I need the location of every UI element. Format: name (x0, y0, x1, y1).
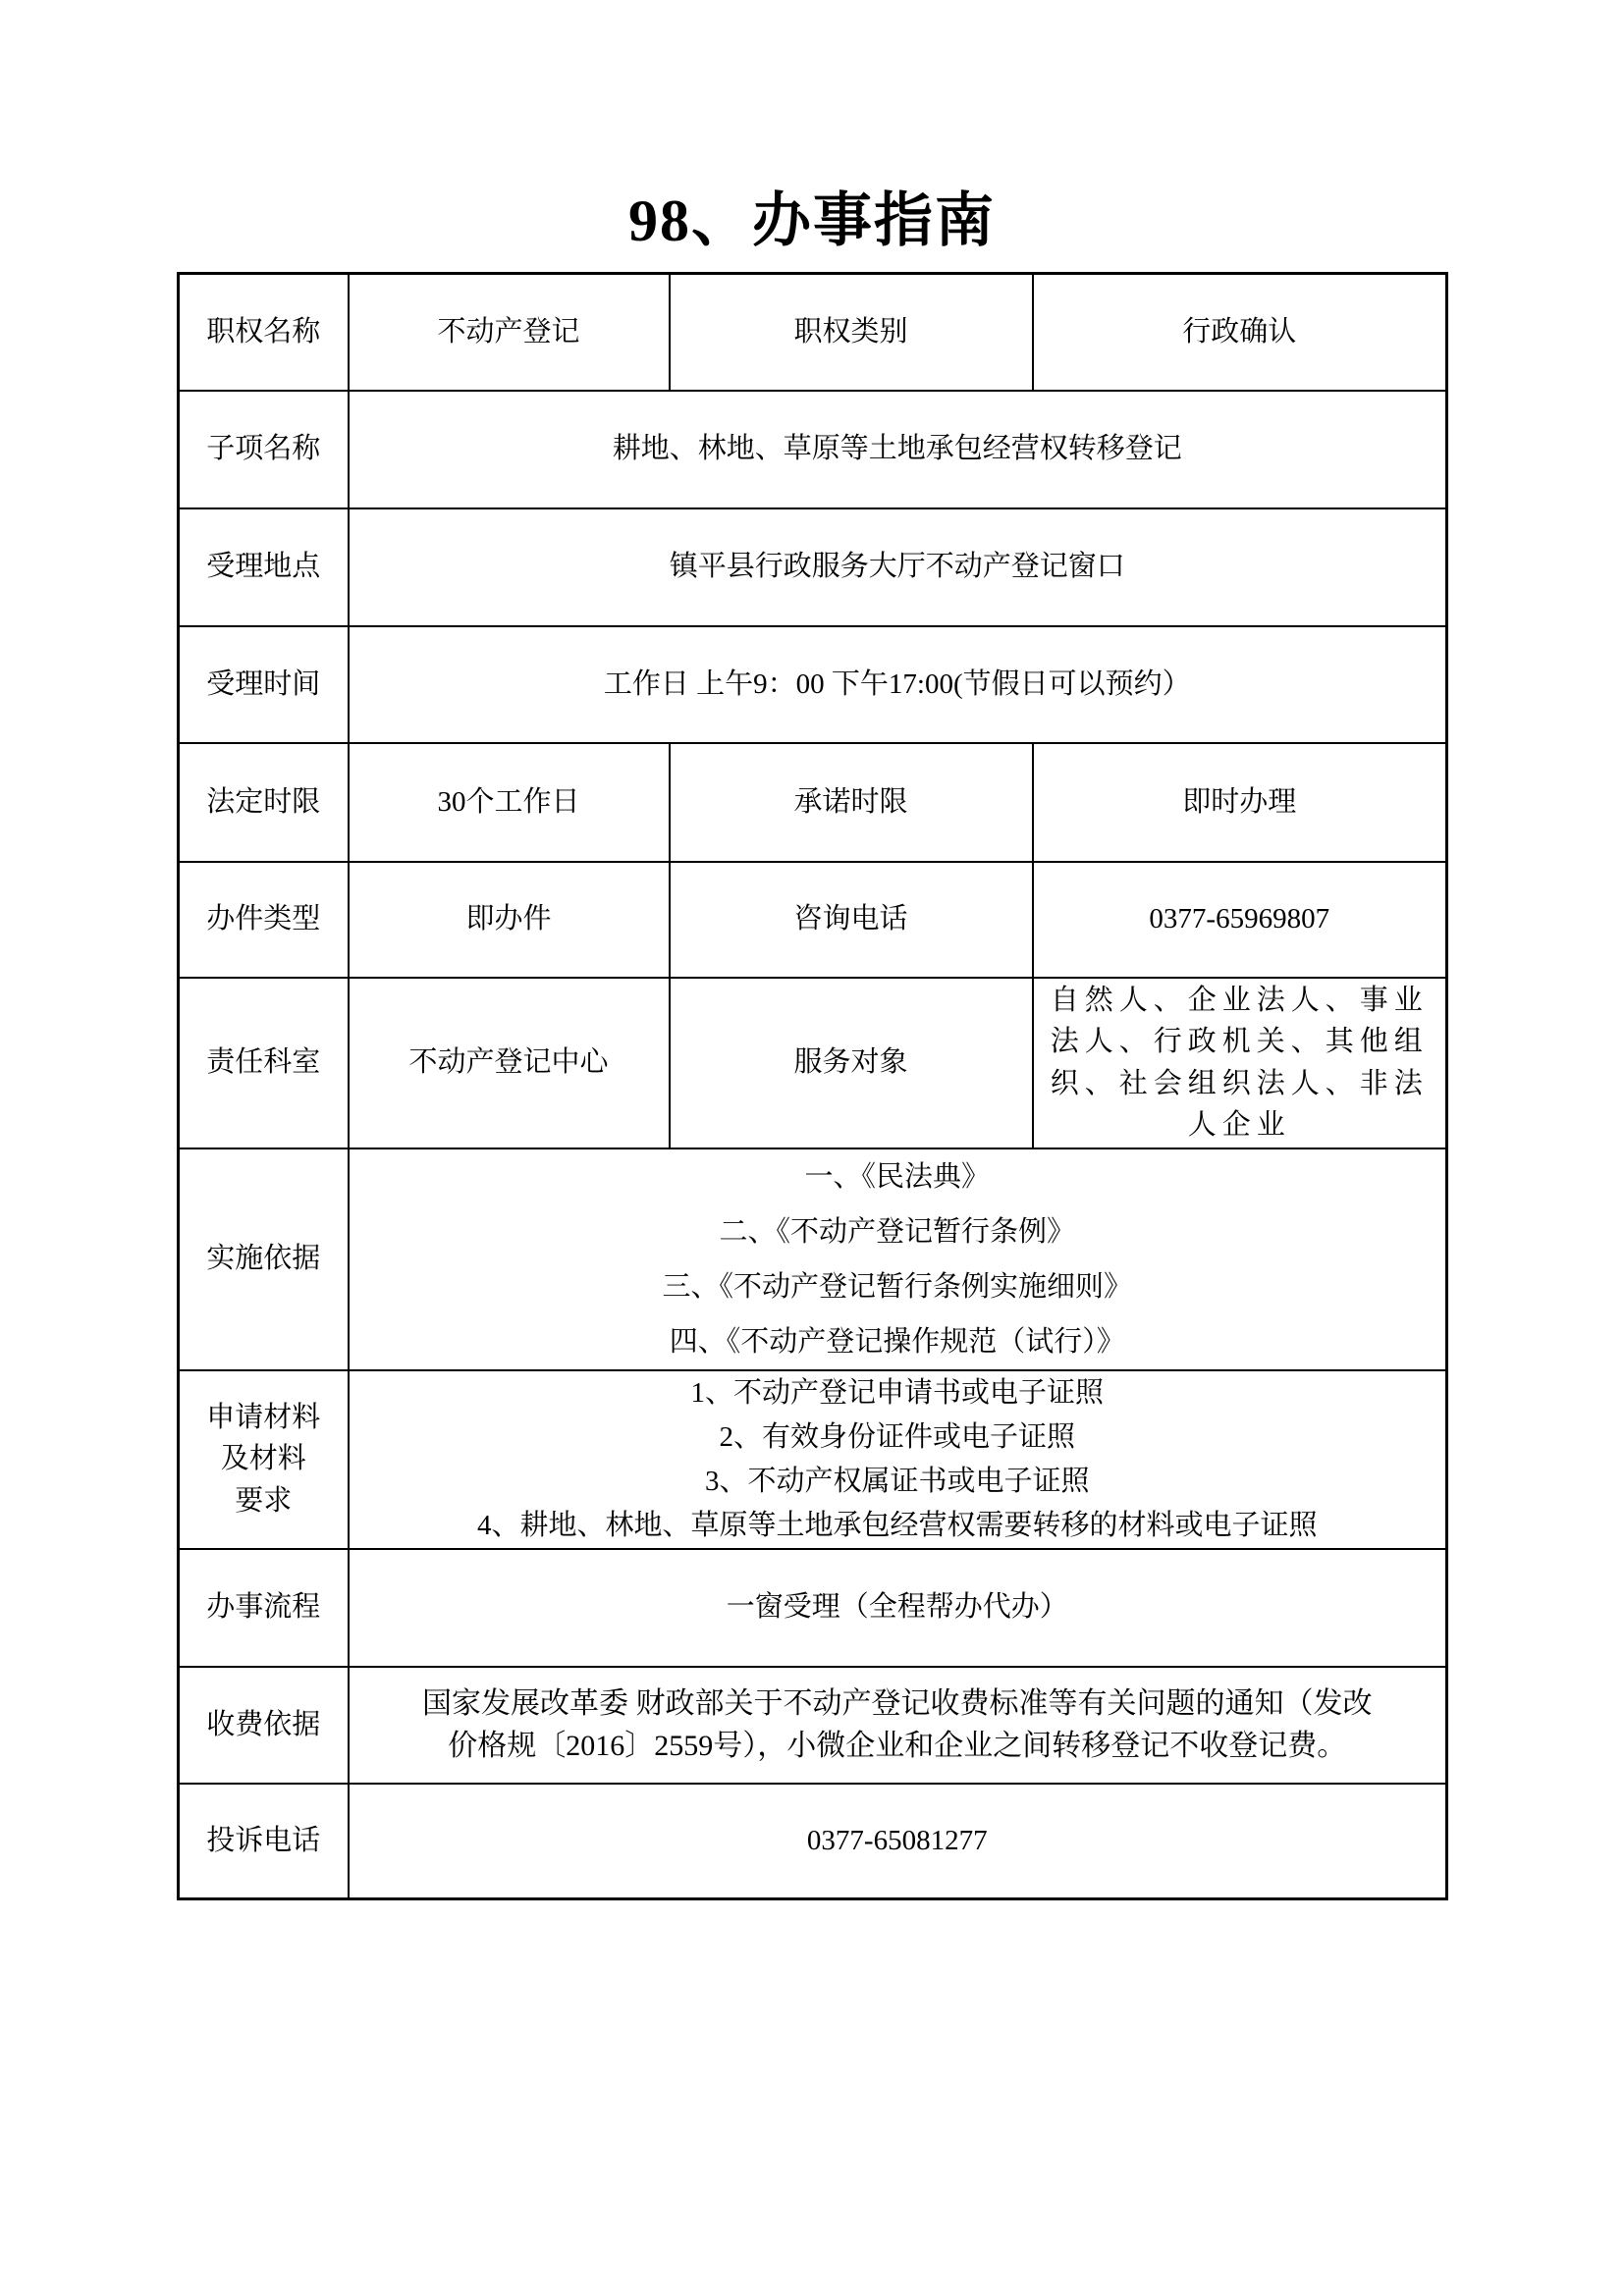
complaint-phone-label: 投诉电话 (179, 1784, 349, 1899)
table-row: 受理时间 工作日 上午9：00 下午17:00(节假日可以预约） (179, 626, 1447, 743)
table-row: 法定时限 30个工作日 承诺时限 即时办理 (179, 743, 1447, 862)
implementation-basis-value: 一、《民法典》 二、《不动产登记暂行条例》 三、《不动产登记暂行条例实施细则》 … (349, 1148, 1447, 1370)
responsible-department-label: 责任科室 (179, 978, 349, 1148)
table-row: 申请材料 及材料 要求 1、不动产登记申请书或电子证照 2、有效身份证件或电子证… (179, 1370, 1447, 1549)
table-row: 子项名称 耕地、林地、草原等土地承包经营权转移登记 (179, 391, 1447, 508)
table-row: 责任科室 不动产登记中心 服务对象 自然人、企业法人、事业 法人、行政机关、其他… (179, 978, 1447, 1148)
processing-type-label: 办件类型 (179, 862, 349, 978)
processing-type-value: 即办件 (349, 862, 670, 978)
authority-type-label: 职权类别 (670, 274, 1033, 391)
responsible-department-value: 不动产登记中心 (349, 978, 670, 1148)
page-title: 98、办事指南 (178, 188, 1446, 253)
authority-name-label: 职权名称 (179, 274, 349, 391)
promised-limit-value: 即时办理 (1033, 743, 1447, 862)
implementation-basis-label: 实施依据 (179, 1148, 349, 1370)
table-row: 收费依据 国家发展改革委 财政部关于不动产登记收费标准等有关问题的通知（发改 价… (179, 1667, 1447, 1784)
document-page: 98、办事指南 职权名称 不动产登记 职权类别 行政确认 子项名称 耕地、林地、… (0, 0, 1624, 2296)
consultation-phone-label: 咨询电话 (670, 862, 1033, 978)
basis-item: 一、《民法典》 (355, 1149, 1440, 1204)
acceptance-place-label: 受理地点 (179, 508, 349, 626)
authority-type-value: 行政确认 (1033, 274, 1447, 391)
authority-name-value: 不动产登记 (349, 274, 670, 391)
service-process-label: 办事流程 (179, 1549, 349, 1667)
table-row: 受理地点 镇平县行政服务大厅不动产登记窗口 (179, 508, 1447, 626)
fee-basis-value: 国家发展改革委 财政部关于不动产登记收费标准等有关问题的通知（发改 价格规〔20… (349, 1667, 1447, 1784)
sub-item-name-value: 耕地、林地、草原等土地承包经营权转移登记 (349, 391, 1447, 508)
complaint-phone-value: 0377-65081277 (349, 1784, 1447, 1899)
service-target-value: 自然人、企业法人、事业 法人、行政机关、其他组 织、社会组织法人、非法 人企业 (1033, 978, 1447, 1148)
service-process-value: 一窗受理（全程帮办代办） (349, 1549, 1447, 1667)
material-item: 2、有效身份证件或电子证照 (355, 1415, 1440, 1460)
application-materials-label: 申请材料 及材料 要求 (179, 1370, 349, 1549)
consultation-phone-value: 0377-65969807 (1033, 862, 1447, 978)
sub-item-name-label: 子项名称 (179, 391, 349, 508)
material-item: 3、不动产权属证书或电子证照 (355, 1460, 1440, 1504)
promised-limit-label: 承诺时限 (670, 743, 1033, 862)
material-item: 1、不动产登记申请书或电子证照 (355, 1371, 1440, 1415)
basis-item: 二、《不动产登记暂行条例》 (355, 1204, 1440, 1259)
table-row: 实施依据 一、《民法典》 二、《不动产登记暂行条例》 三、《不动产登记暂行条例实… (179, 1148, 1447, 1370)
service-guide-table: 职权名称 不动产登记 职权类别 行政确认 子项名称 耕地、林地、草原等土地承包经… (177, 272, 1448, 1900)
statutory-limit-label: 法定时限 (179, 743, 349, 862)
table-row: 职权名称 不动产登记 职权类别 行政确认 (179, 274, 1447, 391)
acceptance-time-label: 受理时间 (179, 626, 349, 743)
fee-basis-label: 收费依据 (179, 1667, 349, 1784)
table-row: 办事流程 一窗受理（全程帮办代办） (179, 1549, 1447, 1667)
basis-item: 四、《不动产登记操作规范（试行）》 (355, 1314, 1440, 1369)
basis-item: 三、《不动产登记暂行条例实施细则》 (355, 1259, 1440, 1314)
service-target-label: 服务对象 (670, 978, 1033, 1148)
table-row: 办件类型 即办件 咨询电话 0377-65969807 (179, 862, 1447, 978)
material-item: 4、耕地、林地、草原等土地承包经营权需要转移的材料或电子证照 (355, 1504, 1440, 1548)
application-materials-value: 1、不动产登记申请书或电子证照 2、有效身份证件或电子证照 3、不动产权属证书或… (349, 1370, 1447, 1549)
acceptance-place-value: 镇平县行政服务大厅不动产登记窗口 (349, 508, 1447, 626)
statutory-limit-value: 30个工作日 (349, 743, 670, 862)
acceptance-time-value: 工作日 上午9：00 下午17:00(节假日可以预约） (349, 626, 1447, 743)
table-row: 投诉电话 0377-65081277 (179, 1784, 1447, 1899)
